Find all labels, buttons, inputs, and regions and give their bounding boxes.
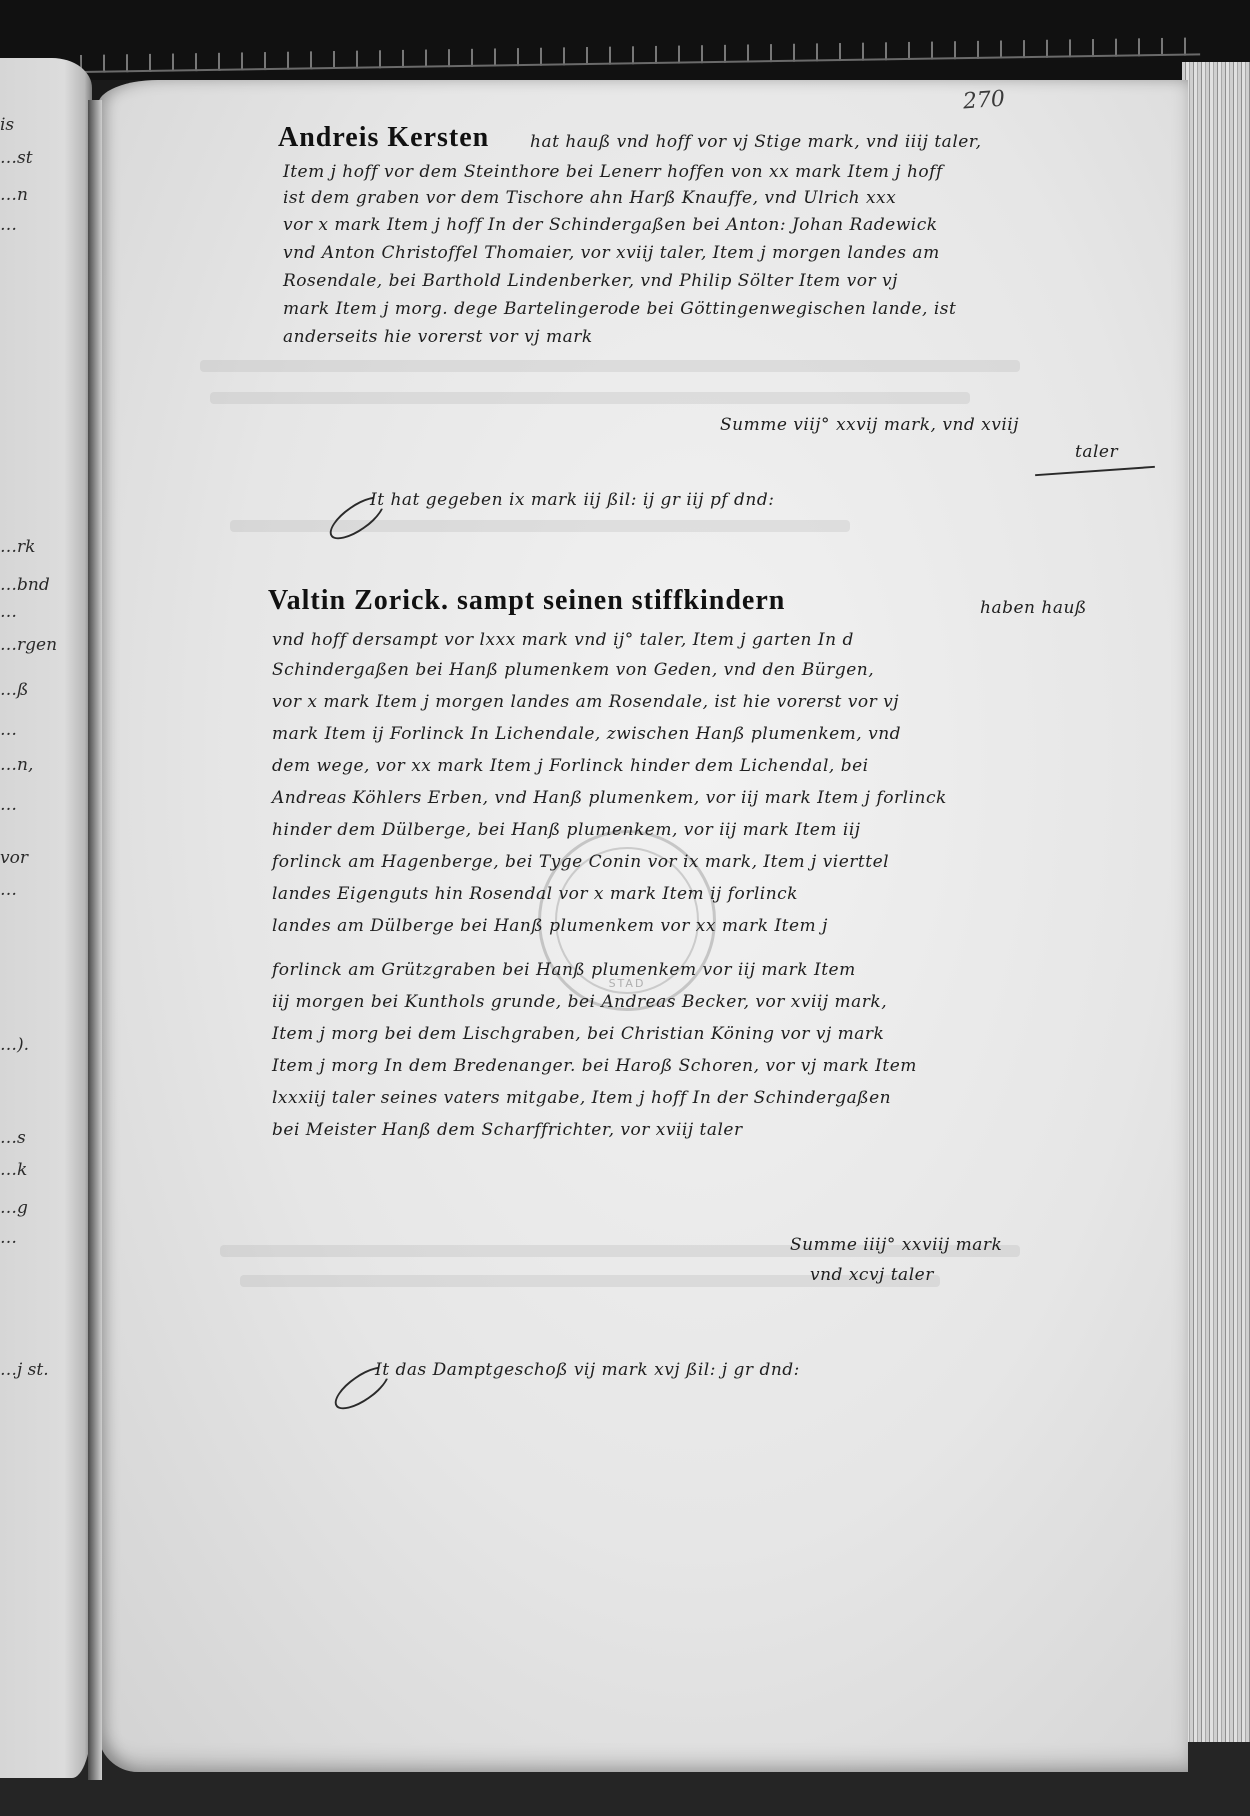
entry-line: bei Meister Hanß dem Scharffrichter, vor… [272,1120,743,1140]
entry-line: forlinck am Grützgraben bei Hanß plumenk… [272,960,856,980]
entry-line: vor x mark Item j hoff In der Schinderga… [283,215,938,235]
entry-line: anderseits hie vorerst vor vj mark [283,327,593,347]
book-gutter [88,100,102,1780]
margin-note-fragment: …). [0,1035,29,1055]
entry-line: Andreas Köhlers Erben, vnd Hanß plumenke… [272,788,947,808]
entry-line: Schindergaßen bei Hanß plumenkem von Ged… [272,660,874,680]
entry-line: iij morgen bei Kunthols grunde, bei Andr… [272,992,887,1012]
margin-note-fragment: …rgen [0,635,57,655]
margin-note-fragment: vor [0,848,28,868]
tax-line: It hat gegeben ix mark iij ßil: ij gr ii… [370,490,774,510]
margin-note-fragment: … [0,1228,17,1248]
bleed-through [210,392,970,404]
margin-note-fragment: … [0,215,17,235]
entry-sum: Summe iiij° xxviij mark [790,1235,1002,1255]
entry-line: mark Item j morg. dege Bartelingerode be… [283,299,956,319]
entry-line: vnd hoff dersampt vor lxxx mark vnd ij° … [272,630,854,650]
entry-line: Item j hoff vor dem Steinthore bei Lener… [283,162,943,182]
entry-sum: taler [1075,442,1118,462]
entry-name: Valtin Zorick. sampt seinen stiffkindern [268,585,785,617]
margin-note-fragment: … [0,795,17,815]
margin-note-fragment: …rk [0,537,35,557]
tax-line: It das Damptgeschoß vij mark xvj ßil: j … [375,1360,800,1380]
entry-line: hat hauß vnd hoff vor vj Stige mark, vnd… [530,132,981,152]
entry-name: Andreis Kersten [278,122,489,154]
margin-note-fragment: …k [0,1160,27,1180]
entry-line: vor x mark Item j morgen landes am Rosen… [272,692,899,712]
entry-line: hinder dem Dülberge, bei Hanß plumenkem,… [272,820,861,840]
entry-sum: vnd xcvj taler [810,1265,934,1285]
entry-line: ist dem graben vor dem Tischore ahn Harß… [283,188,896,208]
left-page: is…st…n……rk…bnd……rgen…ß……n,…vor……).…s…k…… [0,58,92,1778]
entry-line: landes Eigenguts hin Rosendal vor x mark… [272,884,798,904]
stacked-page-edges [1182,62,1250,1742]
entry-name-suffix: haben hauß [980,598,1087,618]
entry-line: landes am Dülberge bei Hanß plumenkem vo… [272,916,828,936]
bleed-through [200,360,1020,372]
margin-note-fragment: … [0,720,17,740]
entry-line: dem wege, vor xx mark Item j Forlinck hi… [272,756,869,776]
entry-line: Rosendale, bei Barthold Lindenberker, vn… [283,271,898,291]
margin-note-fragment: … [0,602,17,622]
margin-note-fragment: …st [0,148,33,168]
margin-note-fragment: …j st. [0,1360,49,1380]
margin-note-fragment: …n [0,185,28,205]
folio-number: 270 [962,87,1006,115]
entry-sum: Summe viij° xxvij mark, vnd xviij [720,415,1019,435]
entry-line: mark Item ij Forlinck In Lichendale, zwi… [272,724,901,744]
margin-note-fragment: is [0,115,14,135]
margin-note-fragment: … [0,880,17,900]
entry-line: Item j morg bei dem Lischgraben, bei Chr… [272,1024,884,1044]
entry-line: forlinck am Hagenberge, bei Tyge Conin v… [272,852,889,872]
entry-line: lxxxiij taler seines vaters mitgabe, Ite… [272,1088,891,1108]
entry-line: vnd Anton Christoffel Thomaier, vor xvii… [283,243,940,263]
margin-note-fragment: …bnd [0,575,50,595]
margin-note-fragment: …s [0,1128,26,1148]
margin-note-fragment: …g [0,1198,28,1218]
margin-note-fragment: …n, [0,755,33,775]
margin-note-fragment: …ß [0,680,28,700]
bleed-through [230,520,850,532]
entry-line: Item j morg In dem Bredenanger. bei Haro… [272,1056,917,1076]
